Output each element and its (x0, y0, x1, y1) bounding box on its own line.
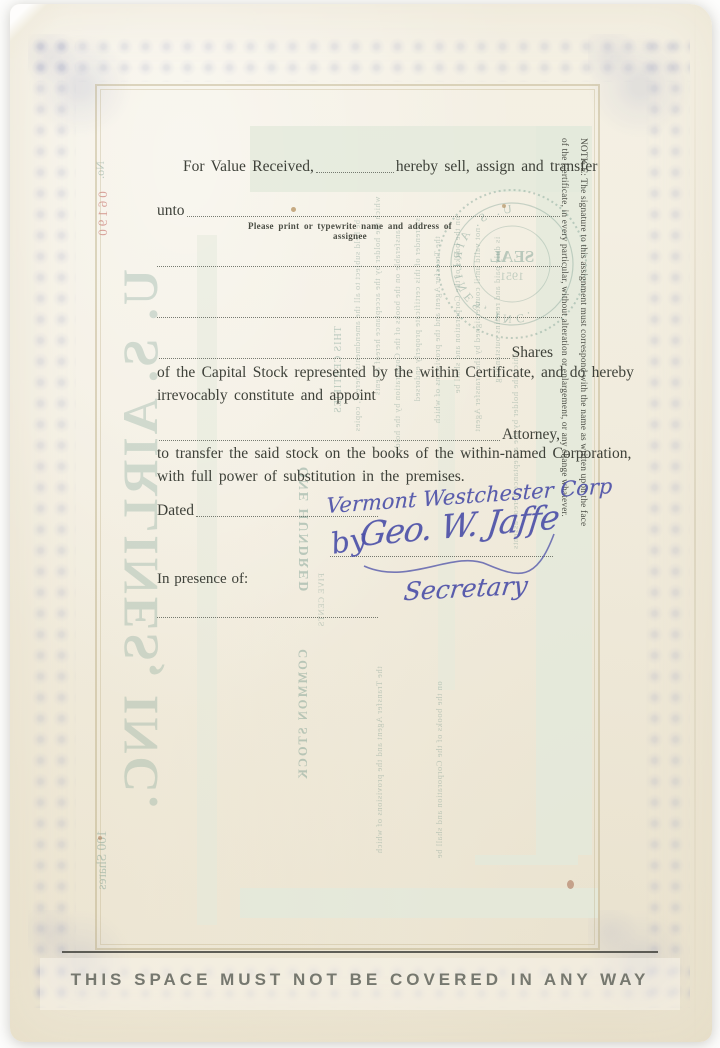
capital-line2: irrevocably constitute and appoint (157, 387, 376, 405)
attorney-blank (159, 438, 500, 441)
ornate-border-left (30, 36, 76, 1008)
notice-line1: NOTICE: The signature to this assignment… (573, 138, 592, 670)
value-received-prefix: For Value Received, (183, 158, 314, 176)
showthrough-company-name: U. S. AIRLINES, INC. (90, 205, 190, 875)
shares-label: Shares (512, 344, 553, 362)
seal-year: 1951 (500, 269, 524, 283)
showthrough-panel (240, 888, 598, 918)
presence-label: In presence of: (157, 571, 248, 588)
showthrough-serial-number: 06190 (95, 175, 113, 255)
assignee-caption: Please print or typewrite name and addre… (235, 221, 465, 241)
paper-crease (694, 4, 696, 1042)
shares-row: Shares (157, 344, 553, 362)
showthrough-par-value: FIVE CENTS (316, 555, 328, 645)
unto-row: unto (157, 202, 562, 220)
dated-label: Dated (157, 502, 194, 520)
footer-rule (62, 951, 658, 953)
border-corner-icon (588, 34, 692, 138)
attorney-row: Attorney, (157, 426, 560, 444)
fill-in-blank (316, 170, 394, 173)
scanned-certificate-back: U. S. AIRLINES, INC. No. 06190 100 Share… (0, 0, 720, 1048)
showthrough-fragment: on the books of the Corporation and shal… (434, 630, 446, 910)
footer-warning: THIS SPACE MUST NOT BE COVERED IN ANY WA… (10, 970, 712, 990)
ornate-border-right (644, 36, 690, 1008)
witness-line (157, 617, 378, 618)
certificate-paper: U. S. AIRLINES, INC. No. 06190 100 Share… (10, 4, 712, 1042)
paper-fold-top-left (10, 4, 72, 58)
paper-speck (98, 836, 102, 840)
blank-line (157, 266, 562, 267)
showthrough-denomination: ONE HUNDRED (297, 437, 317, 623)
value-received-row: For Value Received, hereby sell, assign … (183, 158, 548, 176)
showthrough-fragment: the Transfer Agent and the provisions of… (374, 630, 386, 890)
unto-label: unto (157, 202, 185, 220)
paper-speck (567, 880, 574, 889)
transfer-line2: with full power of substitution in the p… (157, 468, 465, 486)
showthrough-panel (475, 855, 578, 865)
notice-line2: of the Certificate, in every particular,… (554, 138, 573, 670)
showthrough-share-count: 100 Shares (94, 812, 112, 908)
seal-label: SEAL (490, 247, 534, 266)
showthrough-stock-class: COMMON STOCK (296, 627, 314, 803)
assignee-name-blank (187, 214, 560, 217)
blank-line (157, 317, 562, 318)
margin-notice: NOTICE: The signature to this assignment… (548, 138, 592, 670)
shares-blank (159, 356, 510, 359)
